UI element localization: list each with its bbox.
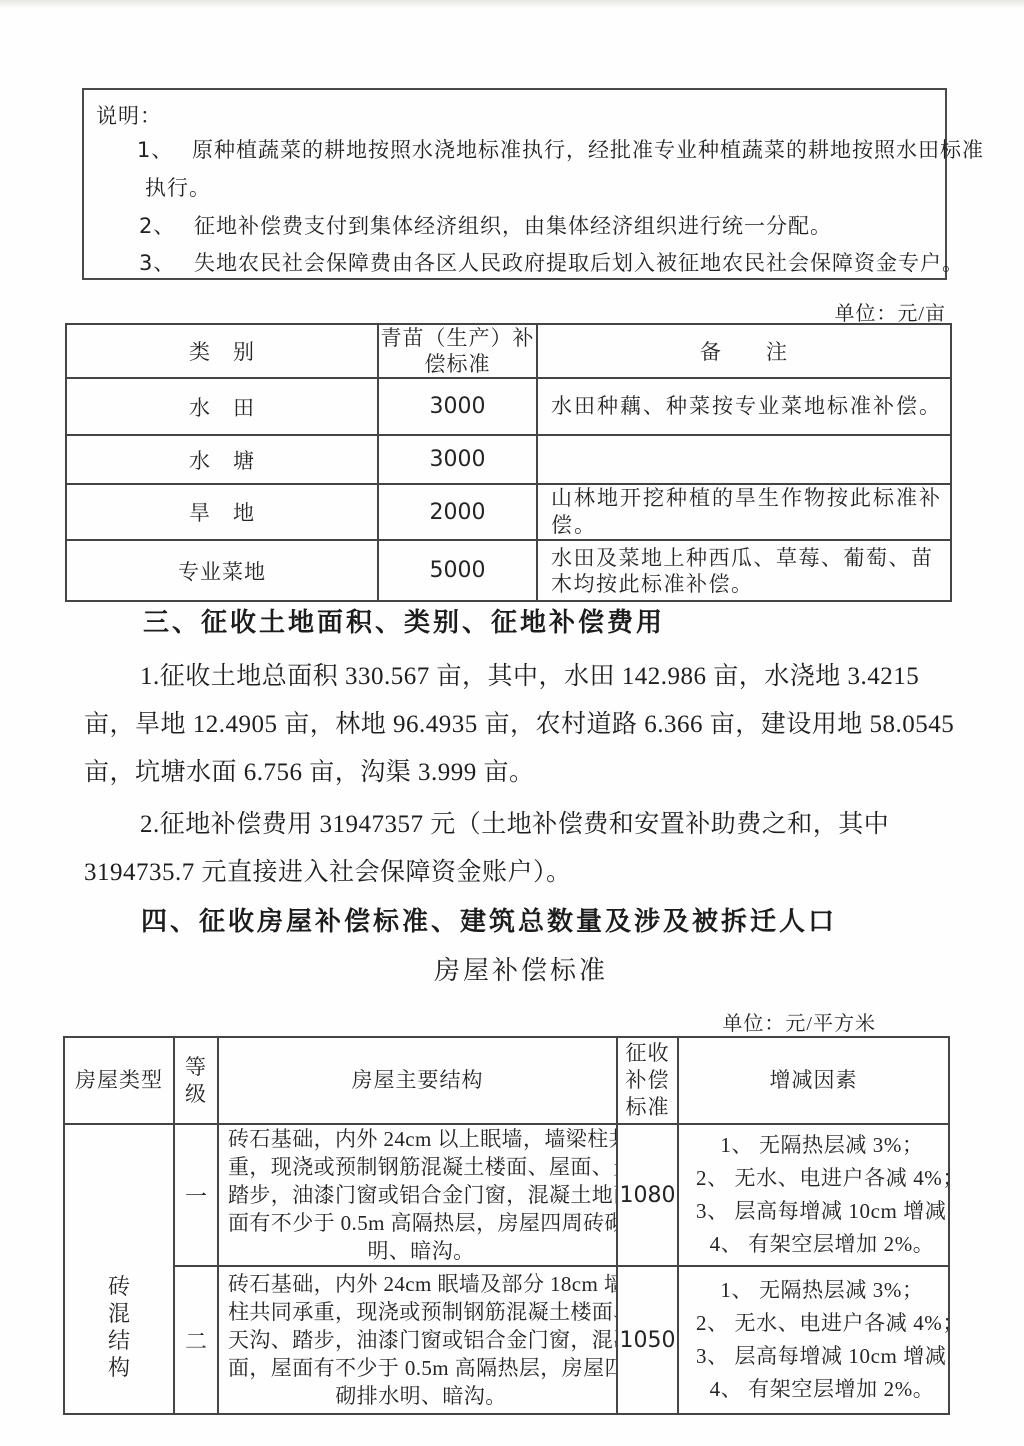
standard-cell: 5000	[378, 540, 537, 601]
header-remark: 备 注	[537, 324, 951, 378]
note-item-1-text: 原种植蔬菜的耕地按照水浇地标准执行，经批准专业种植蔬菜的耕地按照水田标准	[192, 134, 984, 164]
table-header-row: 类 别 青苗（生产）补 偿标准 备 注	[66, 324, 951, 378]
grade-cell: 一	[174, 1124, 218, 1266]
section-3-heading: 三、征收土地面积、类别、征地补偿费用	[143, 602, 665, 639]
header-category: 类 别	[66, 324, 378, 378]
table-row: 二 砖石基础，内外 24cm 眠墙及部分 18cm 墙，墙梁 柱共同承重，现浇或…	[64, 1266, 949, 1414]
remark-cell: 山林地开挖种植的旱生作物按此标准补偿。	[537, 484, 951, 540]
header-standard: 征收 补偿 标准	[617, 1037, 678, 1124]
remark-cell: 水田及菜地上种西瓜、草莓、葡萄、苗木均按此标准补偿。	[537, 540, 951, 601]
para-2-line-2: 3194735.7 元直接进入社会保障资金账户）。	[84, 852, 572, 888]
remark-cell: 水田种藕、种菜按专业菜地标准补偿。	[537, 378, 951, 435]
category-cell: 水 塘	[66, 435, 378, 484]
table-row: 砖 混 结 构 一 砖石基础，内外 24cm 以上眠墙，墙梁柱共同承 重，现浇或…	[64, 1124, 949, 1266]
table-row: 旱 地 2000 山林地开挖种植的旱生作物按此标准补偿。	[66, 484, 951, 540]
standard-cell: 3000	[378, 435, 537, 484]
house-compensation-table: 房屋类型 等 级 房屋主要结构 征收 补偿 标准 增减因素 砖 混 结 构	[63, 1036, 950, 1415]
crop-compensation-table: 类 别 青苗（生产）补 偿标准 备 注 水 田 3000 水田种藕、种菜按专业菜…	[65, 323, 952, 602]
note-box: 说明： 1、 原种植蔬菜的耕地按照水浇地标准执行，经批准专业种植蔬菜的耕地按照水…	[82, 88, 947, 280]
table-row: 水 田 3000 水田种藕、种菜按专业菜地标准补偿。	[66, 378, 951, 435]
scan-artifact	[0, 0, 1024, 8]
factors-cell: 1、 无隔热层减 3%； 2、 无水、电进户各减 4%； 3、 层高每增减 10…	[678, 1124, 949, 1266]
table-row: 专业菜地 5000 水田及菜地上种西瓜、草莓、葡萄、苗木均按此标准补偿。	[66, 540, 951, 601]
grade-cell: 二	[174, 1266, 218, 1414]
table-header-row: 房屋类型 等 级 房屋主要结构 征收 补偿 标准 增减因素	[64, 1037, 949, 1124]
table-row: 水 塘 3000	[66, 435, 951, 484]
header-house-type: 房屋类型	[64, 1037, 174, 1124]
table1-unit-label: 单位：元/亩	[834, 297, 946, 326]
factors-cell: 1、 无隔热层减 3%； 2、 无水、电进户各减 4%； 3、 层高每增减 10…	[678, 1266, 949, 1414]
house-type-vertical-label: 砖 混 结 构	[65, 1125, 173, 1381]
header-factors: 增减因素	[678, 1037, 949, 1124]
para-1-line-3: 亩，坑塘水面 6.756 亩，沟渠 3.999 亩。	[84, 752, 535, 788]
structure-cell: 砖石基础，内外 24cm 眠墙及部分 18cm 墙，墙梁 柱共同承重，现浇或预制…	[218, 1266, 617, 1414]
note-title: 说明：	[96, 100, 162, 130]
house-compensation-subtitle: 房屋补偿标准	[18, 950, 1024, 987]
header-structure: 房屋主要结构	[218, 1037, 617, 1124]
standard-cell: 1050	[617, 1266, 678, 1414]
section-4-heading: 四、征收房屋补偿标准、建筑总数量及涉及被拆迁人口	[141, 901, 837, 938]
category-cell: 水 田	[66, 378, 378, 435]
note-item-2-number: 2、	[139, 210, 175, 240]
structure-cell: 砖石基础，内外 24cm 以上眠墙，墙梁柱共同承 重，现浇或预制钢筋混凝土楼面、…	[218, 1124, 617, 1266]
standard-cell: 1080	[617, 1124, 678, 1266]
category-cell: 专业菜地	[66, 540, 378, 601]
note-item-1-number: 1、	[137, 134, 173, 164]
table2-unit-label: 单位：元/平方米	[722, 1007, 876, 1036]
standard-cell: 3000	[378, 378, 537, 435]
house-type-cell: 砖 混 结 构	[64, 1124, 174, 1414]
remark-cell	[537, 435, 951, 484]
standard-cell: 2000	[378, 484, 537, 540]
category-cell: 旱 地	[66, 484, 378, 540]
note-item-3-number: 3、	[139, 247, 175, 277]
header-standard: 青苗（生产）补 偿标准	[378, 324, 537, 378]
note-item-3-text: 失地农民社会保障费由各区人民政府提取后划入被征地农民社会保障资金专户。	[194, 247, 964, 277]
para-1-line-1: 1.征收土地总面积 330.567 亩，其中，水田 142.986 亩，水浇地 …	[140, 656, 919, 692]
note-item-1-text-cont: 执行。	[145, 172, 211, 202]
note-item-2-text: 征地补偿费支付到集体经济组织，由集体经济组织进行统一分配。	[194, 210, 832, 240]
para-2-line-1: 2.征地补偿费用 31947357 元（土地补偿费和安置补助费之和，其中	[140, 804, 889, 840]
para-1-line-2: 亩，旱地 12.4905 亩，林地 96.4935 亩，农村道路 6.366 亩…	[84, 704, 954, 740]
header-grade: 等 级	[174, 1037, 218, 1124]
document-page: 说明： 1、 原种植蔬菜的耕地按照水浇地标准执行，经批准专业种植蔬菜的耕地按照水…	[0, 0, 1024, 1446]
